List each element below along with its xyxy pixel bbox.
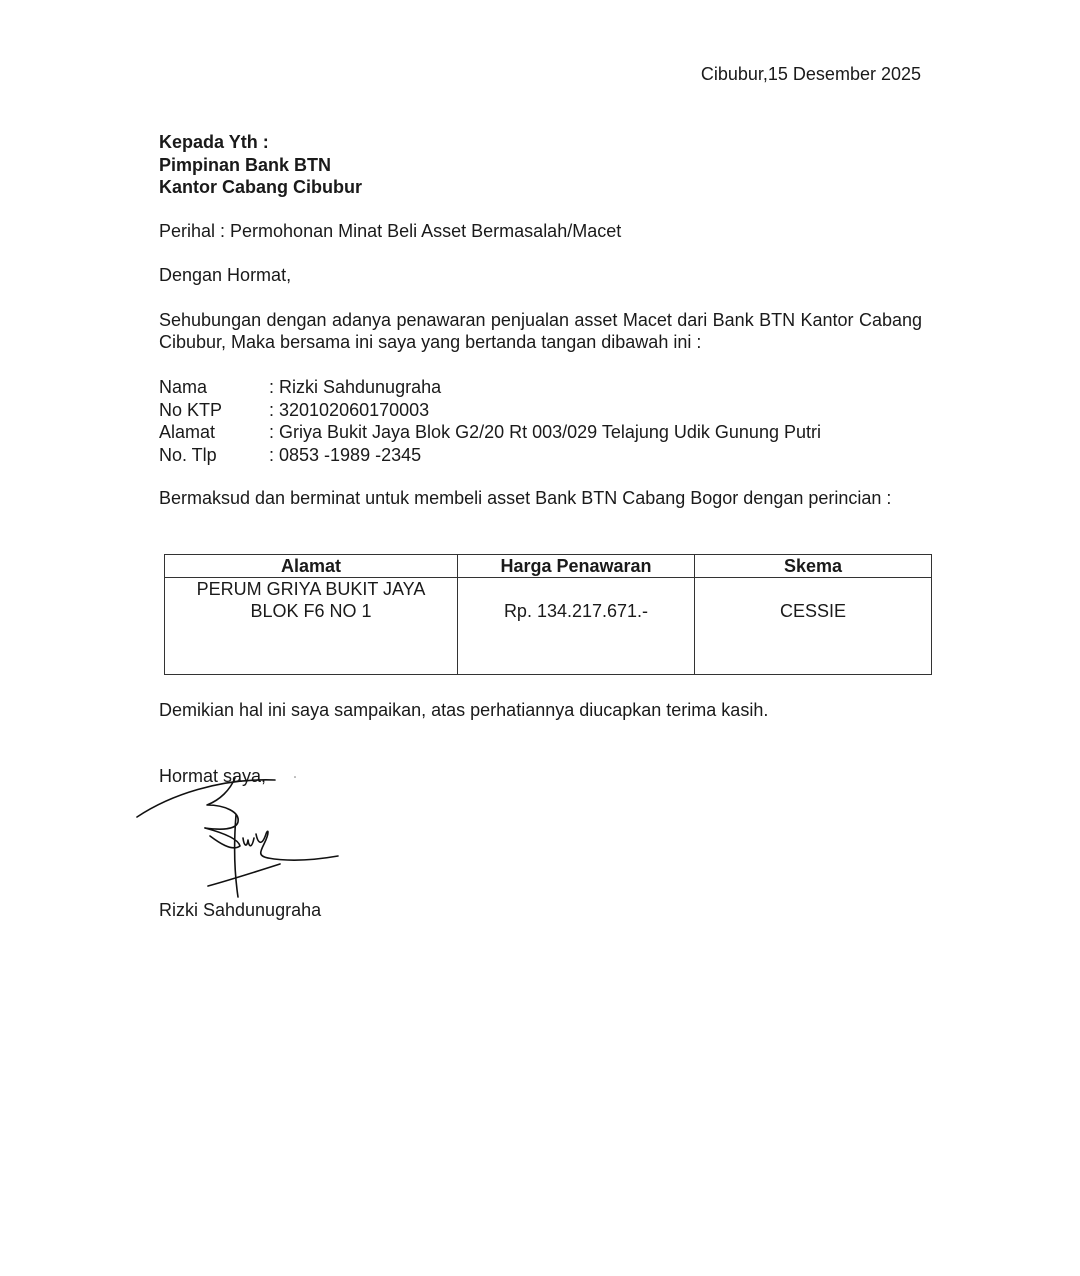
cell-alamat-line1: PERUM GRIYA BUKIT JAYA [171, 578, 451, 600]
identity-block: Nama : Rizki Sahdunugraha No KTP : 32010… [159, 376, 821, 466]
recipient-office: Kantor Cabang Cibubur [159, 176, 362, 199]
identity-value: : 0853 -1989 -2345 [269, 444, 421, 467]
identity-label: Nama [159, 376, 269, 399]
identity-value: : 320102060170003 [269, 399, 429, 422]
header-harga: Harga Penawaran [458, 555, 695, 578]
identity-value: : Griya Bukit Jaya Blok G2/20 Rt 003/029… [269, 421, 821, 444]
offer-table: Alamat Harga Penawaran Skema PERUM GRIYA… [164, 554, 932, 675]
identity-label: No. Tlp [159, 444, 269, 467]
cell-alamat: PERUM GRIYA BUKIT JAYA BLOK F6 NO 1 [165, 578, 458, 675]
recipient-salutation: Kepada Yth : [159, 131, 362, 154]
closing-statement: Demikian hal ini saya sampaikan, atas pe… [159, 699, 768, 721]
table-header-row: Alamat Harga Penawaran Skema [165, 555, 932, 578]
cell-skema: CESSIE [695, 578, 932, 675]
cell-harga: Rp. 134.217.671.- [458, 578, 695, 675]
recipient-name: Pimpinan Bank BTN [159, 154, 362, 177]
intro-paragraph: Sehubungan dengan adanya penawaran penju… [159, 309, 922, 353]
header-alamat: Alamat [165, 555, 458, 578]
identity-row-phone: No. Tlp : 0853 -1989 -2345 [159, 444, 821, 467]
place-date: Cibubur,15 Desember 2025 [701, 63, 921, 85]
identity-value: : Rizki Sahdunugraha [269, 376, 441, 399]
subject-line: Perihal : Permohonan Minat Beli Asset Be… [159, 220, 621, 242]
cell-alamat-line2: BLOK F6 NO 1 [171, 600, 451, 622]
table-row: PERUM GRIYA BUKIT JAYA BLOK F6 NO 1 Rp. … [165, 578, 932, 675]
greeting: Dengan Hormat, [159, 264, 291, 286]
identity-row-name: Nama : Rizki Sahdunugraha [159, 376, 821, 399]
identity-row-address: Alamat : Griya Bukit Jaya Blok G2/20 Rt … [159, 421, 821, 444]
header-skema: Skema [695, 555, 932, 578]
identity-row-ktp: No KTP : 320102060170003 [159, 399, 821, 422]
identity-label: No KTP [159, 399, 269, 422]
signer-name: Rizki Sahdunugraha [159, 899, 321, 921]
identity-label: Alamat [159, 421, 269, 444]
recipient-block: Kepada Yth : Pimpinan Bank BTN Kantor Ca… [159, 131, 362, 199]
intent-paragraph: Bermaksud dan berminat untuk membeli ass… [159, 487, 922, 509]
signature-icon [130, 760, 370, 900]
